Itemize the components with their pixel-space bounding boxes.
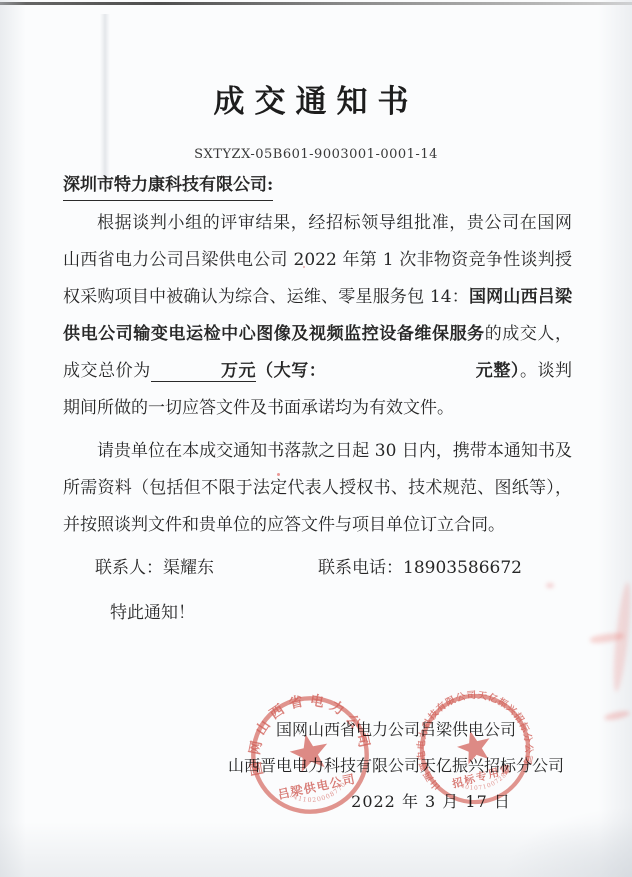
star-icon [454, 726, 495, 766]
contact-phone: 18903586672 [403, 558, 522, 578]
company-seal-left: 国网山西省电力公司 吕梁供电公司 1411020008770 [235, 680, 384, 829]
text-segment: 万元 [221, 361, 256, 382]
text-segment: 元整） [476, 361, 520, 381]
contact-person: 渠耀东 [163, 558, 214, 578]
page-title: 成交通知书 [0, 76, 632, 121]
scan-shading [598, 0, 632, 877]
body-paragraphs: 根据谈判小组的评审结果，经招标领导组批准，贵公司在国网山西省电力公司吕梁供电公司… [63, 205, 572, 544]
text-segment: （大写： [256, 361, 318, 381]
document-page: 成交通知书 SXTYZX-05B601-9003001-0001-14 深圳市特… [0, 0, 632, 877]
scan-edge-artifact [0, 2, 632, 5]
text-segment [151, 361, 221, 382]
document-number: SXTYZX-05B601-9003001-0001-14 [0, 147, 632, 162]
contact-person-label: 联系人： [95, 558, 163, 578]
paragraph: 根据谈判小组的评审结果，经招标领导组批准，贵公司在国网山西省电力公司吕梁供电公司… [63, 205, 572, 427]
addressee: 深圳市特力康科技有限公司: [63, 170, 273, 201]
contact-line: 联系人：渠耀东联系电话：18903586672 [63, 550, 572, 587]
text-segment [318, 361, 476, 381]
seal-graphic: 国网山西省电力公司 吕梁供电公司 1411020008770 [235, 680, 384, 829]
document-body: 深圳市特力康科技有限公司: 根据谈判小组的评审结果，经招标领导组批准，贵公司在国… [63, 167, 572, 632]
star-icon [287, 730, 332, 774]
contact-phone-label: 联系电话： [318, 558, 403, 578]
notice-line: 特此通知！ [63, 595, 572, 632]
text-segment: 请贵单位在本成交通知书落款之日起 30 日内，携带本通知书及所需资料（包括但不限… [63, 441, 572, 535]
scan-shading [0, 0, 26, 877]
paragraph: 请贵单位在本成交通知书落款之日起 30 日内，携带本通知书及所需资料（包括但不限… [63, 433, 572, 544]
addressee-line: 深圳市特力康科技有限公司: [63, 167, 572, 205]
